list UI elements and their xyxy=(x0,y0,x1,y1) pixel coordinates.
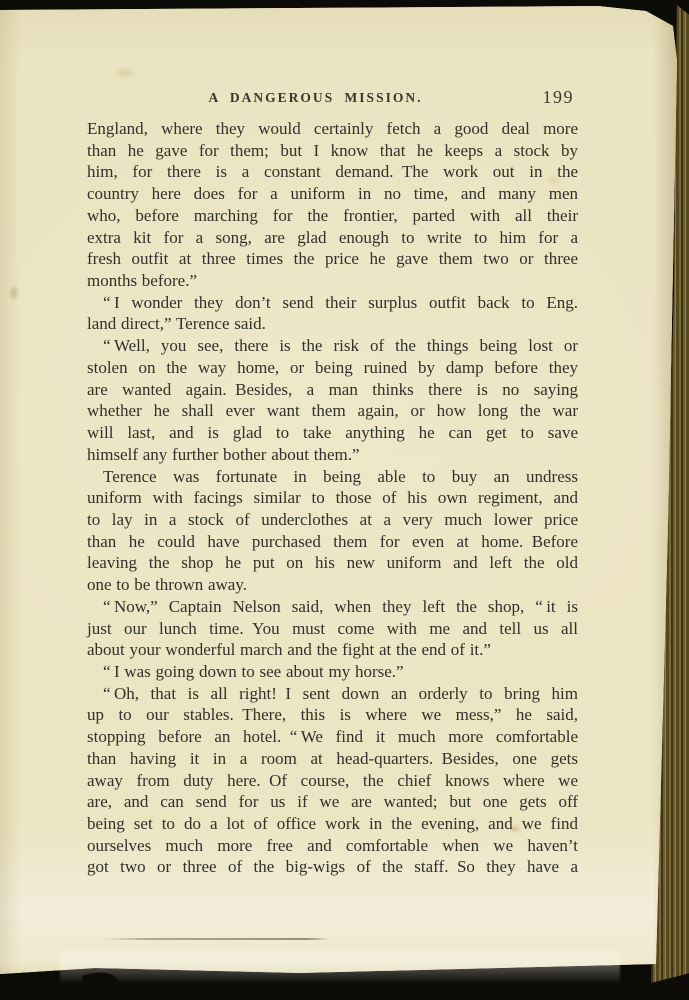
text-line: months before.” xyxy=(87,270,578,292)
body-text: England, where they would certainly fetc… xyxy=(87,118,578,878)
text-line: one to be thrown away. xyxy=(87,574,578,596)
text-line: ourselves much more free and comfortable… xyxy=(87,835,578,857)
text-line: whether he shall ever want them again, o… xyxy=(87,400,578,422)
text-line: uniform with facings similar to those of… xyxy=(87,487,578,509)
text-line: are, and can send for us if we are wante… xyxy=(87,791,578,813)
text-line: fresh outfit at three times the price he… xyxy=(87,248,578,270)
page-number: 199 xyxy=(543,87,575,108)
text-line: being set to do a lot of office work in … xyxy=(87,813,578,835)
text-line: England, where they would certainly fetc… xyxy=(87,118,578,140)
text-line: himself any further bother about them.” xyxy=(87,444,578,466)
text-line: extra kit for a song, are glad enough to… xyxy=(87,227,578,249)
text-line: Terence was fortunate in being able to b… xyxy=(87,466,578,488)
text-line: got two or three of the big-wigs of the … xyxy=(87,856,578,878)
paper-stain xyxy=(112,66,138,80)
text-line: will last, and is glad to take anything … xyxy=(87,422,578,444)
text-line: “ I wonder they don’t send their surplus… xyxy=(87,292,578,314)
paper-stain xyxy=(8,284,20,302)
scanned-page-background: A DANGEROUS MISSION. 199 England, where … xyxy=(0,0,689,1000)
text-line: him, for there is a constant demand. The… xyxy=(87,161,578,183)
text-line: who, before marching for the frontier, p… xyxy=(87,205,578,227)
text-line: are wanted again. Besides, a man thinks … xyxy=(87,379,578,401)
running-head: A DANGEROUS MISSION. 199 xyxy=(87,90,578,112)
text-line: than having it in a room at head-quarter… xyxy=(87,748,578,770)
text-line: “ I was going down to see about my horse… xyxy=(87,661,578,683)
text-line: about your wonderful march and the fight… xyxy=(87,639,578,661)
text-line: stopping before an hotel. “ We find it m… xyxy=(87,726,578,748)
text-line: than he could have purchased them for ev… xyxy=(87,531,578,553)
page-curl-highlight xyxy=(60,944,620,984)
text-line: land direct,” Terence said. xyxy=(87,313,578,335)
text-line: country here does for a uniform in no ti… xyxy=(87,183,578,205)
text-line: “ Oh, that is all right! I sent down an … xyxy=(87,683,578,705)
text-line: leaving the shop he put on his new unifo… xyxy=(87,552,578,574)
text-line: “ Well, you see, there is the risk of th… xyxy=(87,335,578,357)
text-line: up to our stables. There, this is where … xyxy=(87,704,578,726)
text-line: just our lunch time. You must come with … xyxy=(87,618,578,640)
text-line: stolen on the way home, or being ruined … xyxy=(87,357,578,379)
text-line: “ Now,” Captain Nelson said, when they l… xyxy=(87,596,578,618)
text-line: than he gave for them; but I know that h… xyxy=(87,140,578,162)
page-crease-line xyxy=(102,938,330,940)
chapter-running-title: A DANGEROUS MISSION. xyxy=(87,90,544,106)
text-line: away from duty here. Of course, the chie… xyxy=(87,770,578,792)
text-line: to lay in a stock of underclothes at a v… xyxy=(87,509,578,531)
